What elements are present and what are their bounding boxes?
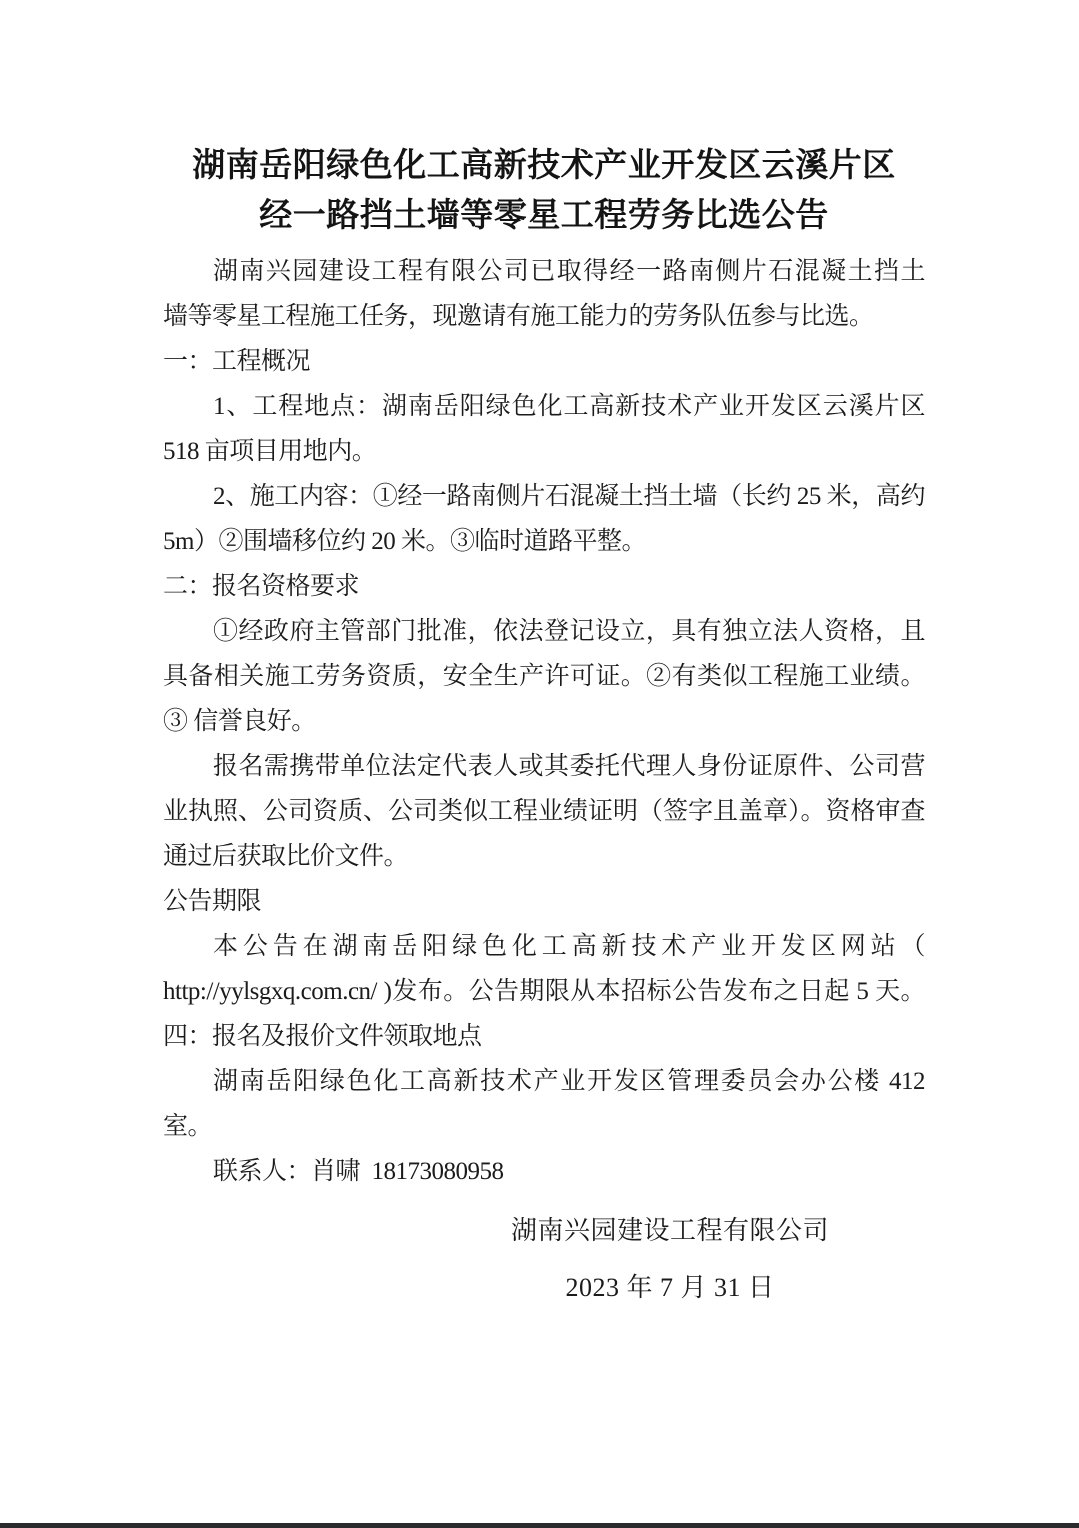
announcement-period-heading: 公告期限: [163, 879, 925, 924]
page-bottom-edge-bar: [0, 1523, 1079, 1528]
document-content: 湖南岳阳绿色化工高新技术产业开发区云溪片区 经一路挡土墙等零星工程劳务比选公告 …: [163, 140, 925, 1316]
qualification-line-3: ③ 信誉良好。: [163, 699, 925, 744]
construction-content-line-2: 5m）②围墙移位约 20 米。③临时道路平整。: [163, 519, 925, 564]
document-page: 湖南岳阳绿色化工高新技术产业开发区云溪片区 经一路挡土墙等零星工程劳务比选公告 …: [0, 0, 1079, 1528]
signature-company: 湖南兴园建设工程有限公司: [415, 1202, 925, 1259]
intro-line-1: 湖南兴园建设工程有限公司已取得经一路南侧片石混凝土挡土: [163, 249, 925, 294]
project-location-line-1: 1、工程地点：湖南岳阳绿色化工高新技术产业开发区云溪片区: [163, 384, 925, 429]
qualification-line-1: ①经政府主管部门批准，依法登记设立，具有独立法人资格，且: [163, 609, 925, 654]
document-lines: 湖南兴园建设工程有限公司已取得经一路南侧片石混凝土挡土墙等零星工程施工任务，现邀…: [163, 249, 925, 1194]
doc-title-line-1: 湖南岳阳绿色化工高新技术产业开发区云溪片区: [163, 140, 925, 190]
signature-date: 2023 年 7 月 31 日: [415, 1259, 925, 1316]
announcement-line-1: 本公告在湖南岳阳绿色化工高新技术产业开发区网站（: [163, 924, 925, 969]
registration-line-3: 通过后获取比价文件。: [163, 834, 925, 879]
section-1-heading: 一：工程概况: [163, 339, 925, 384]
intro-line-2: 墙等零星工程施工任务，现邀请有施工能力的劳务队伍参与比选。: [163, 294, 925, 339]
registration-line-2: 业执照、公司资质、公司类似工程业绩证明（签字且盖章）。资格审查: [163, 789, 925, 834]
announcement-line-2: http://yylsgxq.com.cn/ )发布。公告期限从本招标公告发布之…: [163, 969, 925, 1014]
section-2-heading: 二：报名资格要求: [163, 564, 925, 609]
registration-line-1: 报名需携带单位法定代表人或其委托代理人身份证原件、公司营: [163, 744, 925, 789]
qualification-line-2: 具备相关施工劳务资质，安全生产许可证。②有类似工程施工业绩。: [163, 654, 925, 699]
contact-line: 联系人：肖啸 18173080958: [163, 1149, 925, 1194]
project-location-line-2: 518 亩项目用地内。: [163, 429, 925, 474]
construction-content-line-1: 2、施工内容：①经一路南侧片石混凝土挡土墙（长约 25 米，高约: [163, 474, 925, 519]
address-line-1: 湖南岳阳绿色化工高新技术产业开发区管理委员会办公楼 412: [163, 1059, 925, 1104]
doc-title-line-2: 经一路挡土墙等零星工程劳务比选公告: [163, 190, 925, 240]
section-4-heading: 四：报名及报价文件领取地点: [163, 1014, 925, 1059]
address-line-2: 室。: [163, 1104, 925, 1149]
signature-block: 湖南兴园建设工程有限公司 2023 年 7 月 31 日: [415, 1202, 925, 1316]
